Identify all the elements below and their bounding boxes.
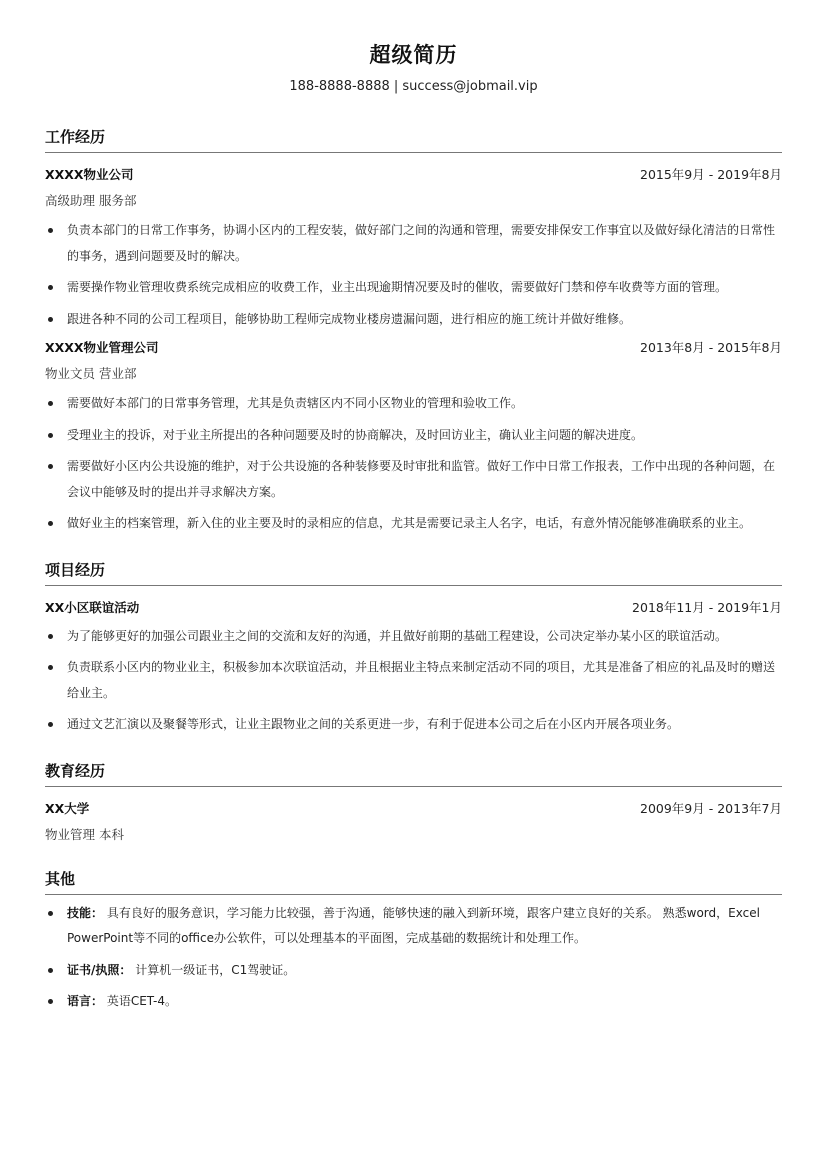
section-projects: 项目经历 XX小区联谊活动 2018年11月 - 2019年1月 为了能够更好的… bbox=[45, 559, 782, 738]
list-item: 通过文艺汇演以及聚餐等形式，让业主跟物业之间的关系更进一步，有利于促进本公司之后… bbox=[45, 712, 782, 738]
list-item: 需要操作物业管理收费系统完成相应的收费工作，业主出现逾期情况要及时的催收，需要做… bbox=[45, 275, 782, 301]
date-range: 2013年8月 - 2015年8月 bbox=[640, 338, 782, 356]
work-entry: XXXX物业管理公司 2013年8月 - 2015年8月 物业文员 营业部 需要… bbox=[45, 336, 782, 537]
section-education: 教育经历 XX大学 2009年9月 - 2013年7月 物业管理 本科 bbox=[45, 760, 782, 846]
company-name: XXXX物业公司 bbox=[45, 165, 134, 183]
date-range: 2009年9月 - 2013年7月 bbox=[640, 799, 782, 817]
list-item: 需要做好小区内公共设施的维护，对于公共设施的各种装修要及时审批和监管。做好工作中… bbox=[45, 454, 782, 505]
major-degree: 物业管理 本科 bbox=[45, 824, 782, 846]
date-range: 2015年9月 - 2019年8月 bbox=[640, 165, 782, 183]
bullet-list: 为了能够更好的加强公司跟业主之间的交流和友好的沟通，并且做好前期的基础工程建设，… bbox=[45, 624, 782, 738]
list-item: 负责联系小区内的物业业主，积极参加本次联谊活动，并且根据业主特点来制定活动不同的… bbox=[45, 655, 782, 706]
project-name: XX小区联谊活动 bbox=[45, 598, 139, 616]
list-item: 做好业主的档案管理，新入住的业主要及时的录相应的信息，尤其是需要记录主人名字，电… bbox=[45, 511, 782, 537]
section-title: 工作经历 bbox=[45, 126, 782, 153]
work-entry: XXXX物业公司 2015年9月 - 2019年8月 高级助理 服务部 负责本部… bbox=[45, 163, 782, 332]
job-role: 高级助理 服务部 bbox=[45, 190, 782, 212]
date-range: 2018年11月 - 2019年1月 bbox=[632, 598, 782, 616]
item-text: 英语CET-4。 bbox=[103, 994, 177, 1008]
job-role: 物业文员 营业部 bbox=[45, 363, 782, 385]
section-title: 教育经历 bbox=[45, 760, 782, 787]
list-item: 跟进各种不同的公司工程项目，能够协助工程师完成物业楼房遗漏问题，进行相应的施工统… bbox=[45, 307, 782, 333]
section-work-experience: 工作经历 XXXX物业公司 2015年9月 - 2019年8月 高级助理 服务部… bbox=[45, 126, 782, 537]
item-label: 技能： bbox=[67, 906, 103, 920]
company-name: XXXX物业管理公司 bbox=[45, 338, 159, 356]
list-item-certificates: 证书/执照： 计算机一级证书，C1驾驶证。 bbox=[45, 958, 782, 984]
item-text: 计算机一级证书，C1驾驶证。 bbox=[131, 963, 295, 977]
bullet-list: 需要做好本部门的日常事务管理，尤其是负责辖区内不同小区物业的管理和验收工作。 受… bbox=[45, 391, 782, 537]
list-item: 需要做好本部门的日常事务管理，尤其是负责辖区内不同小区物业的管理和验收工作。 bbox=[45, 391, 782, 417]
bullet-list: 技能： 具有良好的服务意识，学习能力比较强，善于沟通，能够快速的融入到新环境，跟… bbox=[45, 901, 782, 1015]
item-text: 具有良好的服务意识，学习能力比较强，善于沟通，能够快速的融入到新环境，跟客户建立… bbox=[67, 906, 760, 946]
section-other: 其他 技能： 具有良好的服务意识，学习能力比较强，善于沟通，能够快速的融入到新环… bbox=[45, 868, 782, 1015]
resume-header: 超级简历 188-8888-8888 | success@jobmail.vip bbox=[45, 0, 782, 96]
school-name: XX大学 bbox=[45, 799, 89, 817]
contact-info: 188-8888-8888 | success@jobmail.vip bbox=[45, 78, 782, 96]
list-item: 受理业主的投诉，对于业主所提出的各种问题要及时的协商解决，及时回访业主，确认业主… bbox=[45, 423, 782, 449]
section-title: 项目经历 bbox=[45, 559, 782, 586]
item-label: 语言： bbox=[67, 994, 103, 1008]
education-entry: XX大学 2009年9月 - 2013年7月 物业管理 本科 bbox=[45, 797, 782, 846]
item-label: 证书/执照： bbox=[67, 963, 131, 977]
list-item-languages: 语言： 英语CET-4。 bbox=[45, 989, 782, 1015]
list-item: 负责本部门的日常工作事务，协调小区内的工程安装，做好部门之间的沟通和管理，需要安… bbox=[45, 218, 782, 269]
list-item: 为了能够更好的加强公司跟业主之间的交流和友好的沟通，并且做好前期的基础工程建设，… bbox=[45, 624, 782, 650]
candidate-name: 超级简历 bbox=[45, 40, 782, 70]
section-title: 其他 bbox=[45, 868, 782, 895]
bullet-list: 负责本部门的日常工作事务，协调小区内的工程安装，做好部门之间的沟通和管理，需要安… bbox=[45, 218, 782, 332]
project-entry: XX小区联谊活动 2018年11月 - 2019年1月 为了能够更好的加强公司跟… bbox=[45, 596, 782, 738]
resume-page: 超级简历 188-8888-8888 | success@jobmail.vip… bbox=[45, 0, 782, 1015]
list-item-skills: 技能： 具有良好的服务意识，学习能力比较强，善于沟通，能够快速的融入到新环境，跟… bbox=[45, 901, 782, 952]
